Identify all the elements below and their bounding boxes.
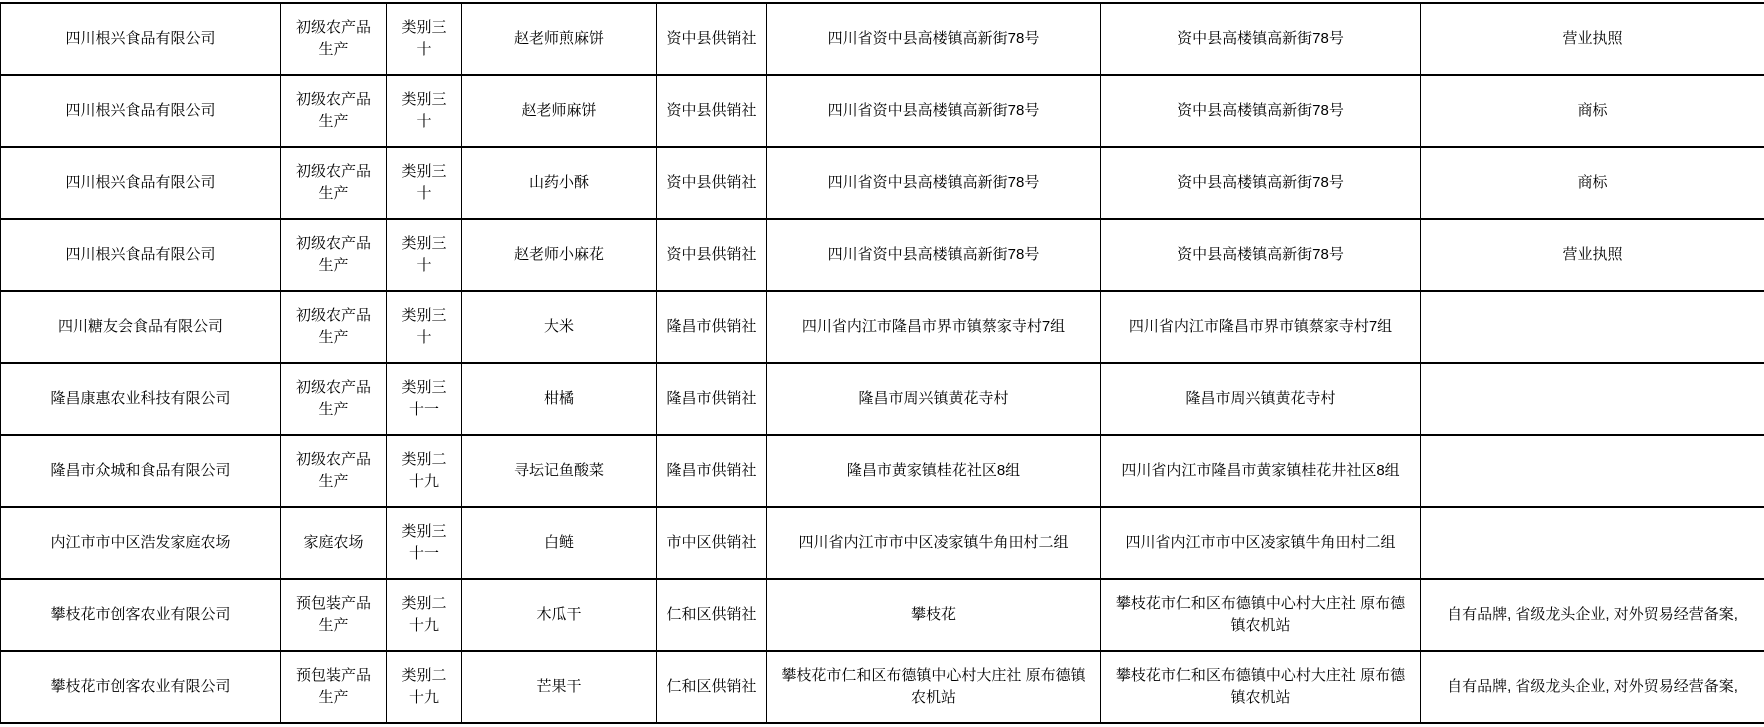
table-cell: 资中县高楼镇高新街78号 (1101, 147, 1421, 219)
table-cell: 预包装产品生产 (281, 651, 387, 723)
table-row: 攀枝花市创客农业有限公司预包装产品生产类别二十九木瓜干仁和区供销社攀枝花攀枝花市… (1, 579, 1764, 651)
table-cell: 初级农产品生产 (281, 147, 387, 219)
table-row: 四川糖友会食品有限公司初级农产品生产类别三十大米隆昌市供销社四川省内江市隆昌市界… (1, 291, 1764, 363)
table-cell: 芒果干 (462, 651, 657, 723)
table-cell: 山药小酥 (462, 147, 657, 219)
table-row: 内江市市中区浩发家庭农场家庭农场类别三十一白鲢市中区供销社四川省内江市市中区凌家… (1, 507, 1764, 579)
table-cell: 四川省内江市隆昌市界市镇蔡家寺村7组 (767, 291, 1101, 363)
table-cell: 大米 (462, 291, 657, 363)
table-cell: 隆昌市周兴镇黄花寺村 (1101, 363, 1421, 435)
table-row: 四川根兴食品有限公司初级农产品生产类别三十山药小酥资中县供销社四川省资中县高楼镇… (1, 147, 1764, 219)
table-cell: 自有品牌, 省级龙头企业, 对外贸易经营备案, (1421, 579, 1764, 651)
table-cell: 赵老师煎麻饼 (462, 3, 657, 75)
table-cell: 类别三十 (387, 75, 462, 147)
table-cell: 四川省内江市市中区凌家镇牛角田村二组 (1101, 507, 1421, 579)
table-cell: 初级农产品生产 (281, 75, 387, 147)
table-cell (1421, 507, 1764, 579)
table-cell: 营业执照 (1421, 3, 1764, 75)
table-cell: 隆昌市供销社 (657, 291, 767, 363)
table-row: 攀枝花市创客农业有限公司预包装产品生产类别二十九芒果干仁和区供销社攀枝花市仁和区… (1, 651, 1764, 723)
table-body: 四川根兴食品有限公司初级农产品生产类别三十赵老师煎麻饼资中县供销社四川省资中县高… (1, 3, 1764, 723)
table-cell: 赵老师麻饼 (462, 75, 657, 147)
table-cell: 类别二十九 (387, 435, 462, 507)
table-cell: 四川省资中县高楼镇高新街78号 (767, 3, 1101, 75)
table-cell: 白鲢 (462, 507, 657, 579)
table-cell: 类别三十 (387, 147, 462, 219)
table-cell: 类别三十 (387, 219, 462, 291)
table-cell: 四川省内江市市中区凌家镇牛角田村二组 (767, 507, 1101, 579)
table-cell: 内江市市中区浩发家庭农场 (1, 507, 281, 579)
table-cell: 自有品牌, 省级龙头企业, 对外贸易经营备案, (1421, 651, 1764, 723)
table-cell: 四川省资中县高楼镇高新街78号 (767, 75, 1101, 147)
table-row: 四川根兴食品有限公司初级农产品生产类别三十赵老师煎麻饼资中县供销社四川省资中县高… (1, 3, 1764, 75)
table-cell: 攀枝花 (767, 579, 1101, 651)
table-cell: 攀枝花市仁和区布德镇中心村大庄社 原布德镇农机站 (1101, 579, 1421, 651)
table-cell: 资中县供销社 (657, 147, 767, 219)
table-cell (1421, 435, 1764, 507)
table-cell: 隆昌市周兴镇黄花寺村 (767, 363, 1101, 435)
table-cell: 四川糖友会食品有限公司 (1, 291, 281, 363)
table-cell: 资中县高楼镇高新街78号 (1101, 3, 1421, 75)
table-cell: 隆昌市供销社 (657, 435, 767, 507)
table-cell: 攀枝花市仁和区布德镇中心村大庄社 原布德镇农机站 (767, 651, 1101, 723)
table-cell: 四川根兴食品有限公司 (1, 75, 281, 147)
table-cell: 四川根兴食品有限公司 (1, 219, 281, 291)
table-row: 四川根兴食品有限公司初级农产品生产类别三十赵老师小麻花资中县供销社四川省资中县高… (1, 219, 1764, 291)
table-cell: 类别二十九 (387, 579, 462, 651)
table-cell: 四川省资中县高楼镇高新街78号 (767, 219, 1101, 291)
table-cell: 家庭农场 (281, 507, 387, 579)
table-cell: 资中县供销社 (657, 219, 767, 291)
records-table: 四川根兴食品有限公司初级农产品生产类别三十赵老师煎麻饼资中县供销社四川省资中县高… (0, 2, 1764, 724)
table-cell: 攀枝花市仁和区布德镇中心村大庄社 原布德镇农机站 (1101, 651, 1421, 723)
table-cell: 商标 (1421, 75, 1764, 147)
table-cell: 初级农产品生产 (281, 435, 387, 507)
table-row: 隆昌市众城和食品有限公司初级农产品生产类别二十九寻坛记鱼酸菜隆昌市供销社隆昌市黄… (1, 435, 1764, 507)
table-cell: 四川根兴食品有限公司 (1, 3, 281, 75)
table-cell: 仁和区供销社 (657, 651, 767, 723)
table-cell: 初级农产品生产 (281, 219, 387, 291)
table-cell: 隆昌市供销社 (657, 363, 767, 435)
table-cell: 四川根兴食品有限公司 (1, 147, 281, 219)
table-cell: 隆昌市黄家镇桂花社区8组 (767, 435, 1101, 507)
table-cell: 类别三十一 (387, 363, 462, 435)
table-cell: 预包装产品生产 (281, 579, 387, 651)
table-cell: 攀枝花市创客农业有限公司 (1, 579, 281, 651)
table-cell (1421, 363, 1764, 435)
table-cell: 资中县供销社 (657, 3, 767, 75)
table-cell: 类别三十 (387, 291, 462, 363)
table-cell: 四川省内江市隆昌市黄家镇桂花井社区8组 (1101, 435, 1421, 507)
table-cell: 资中县高楼镇高新街78号 (1101, 219, 1421, 291)
table-cell: 木瓜干 (462, 579, 657, 651)
table-cell: 攀枝花市创客农业有限公司 (1, 651, 281, 723)
table-cell: 柑橘 (462, 363, 657, 435)
table-cell: 初级农产品生产 (281, 3, 387, 75)
table-cell: 四川省资中县高楼镇高新街78号 (767, 147, 1101, 219)
table-cell: 类别三十 (387, 3, 462, 75)
table-cell: 初级农产品生产 (281, 291, 387, 363)
table-cell: 隆昌康惠农业科技有限公司 (1, 363, 281, 435)
table-cell: 赵老师小麻花 (462, 219, 657, 291)
table-row: 四川根兴食品有限公司初级农产品生产类别三十赵老师麻饼资中县供销社四川省资中县高楼… (1, 75, 1764, 147)
table-cell: 四川省内江市隆昌市界市镇蔡家寺村7组 (1101, 291, 1421, 363)
table-row: 隆昌康惠农业科技有限公司初级农产品生产类别三十一柑橘隆昌市供销社隆昌市周兴镇黄花… (1, 363, 1764, 435)
table-cell: 市中区供销社 (657, 507, 767, 579)
table-cell: 资中县高楼镇高新街78号 (1101, 75, 1421, 147)
table-cell: 初级农产品生产 (281, 363, 387, 435)
table-cell: 营业执照 (1421, 219, 1764, 291)
table-cell: 资中县供销社 (657, 75, 767, 147)
table-cell: 商标 (1421, 147, 1764, 219)
table-cell: 隆昌市众城和食品有限公司 (1, 435, 281, 507)
table-cell: 类别二十九 (387, 651, 462, 723)
table-cell: 寻坛记鱼酸菜 (462, 435, 657, 507)
table-cell (1421, 291, 1764, 363)
table-cell: 仁和区供销社 (657, 579, 767, 651)
table-cell: 类别三十一 (387, 507, 462, 579)
